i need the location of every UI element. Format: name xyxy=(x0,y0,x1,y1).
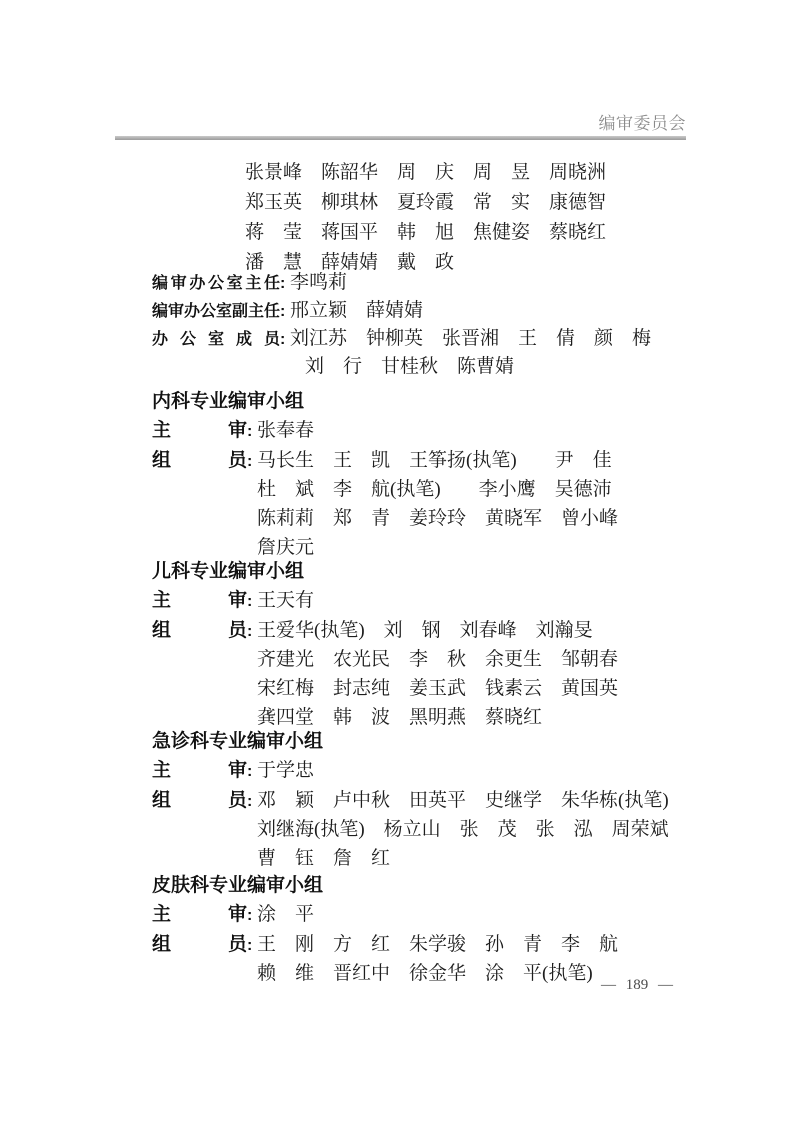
name-list-line: 张景峰 陈韶华 周 庆 周 昱 周晓洲 xyxy=(245,158,606,188)
role-names: 刘江苏 钟柳英 张晋湘 王 倩 颜 梅 xyxy=(290,325,651,353)
role-label: 主审 xyxy=(152,900,247,929)
member-line: 龚四堂 韩 波 黑明燕 蔡晓红 xyxy=(257,703,618,732)
colon-separator: : xyxy=(247,447,257,476)
colon-separator: : xyxy=(247,417,257,446)
header-divider-rule xyxy=(115,136,686,140)
role-label: 主审 xyxy=(152,756,247,785)
office-role-row-continuation: 刘 行 甘桂秋 陈曹婧 xyxy=(152,353,651,381)
member-line: 曹 钰 詹 红 xyxy=(257,844,669,873)
continued-name-list: 张景峰 陈韶华 周 庆 周 昱 周晓洲 郑玉英 柳琪林 夏玲霞 常 实 康德智 … xyxy=(245,158,606,278)
page-number: — 189 — xyxy=(596,977,678,994)
member-line: 马长生 王 凯 王筝扬(执笔) 尹 佳 xyxy=(257,446,618,475)
chief-name: 涂 平 xyxy=(257,900,314,929)
member-name-lines: 邓 颖 卢中秋 田英平 史继学 朱华栋(执笔) 刘继海(执笔) 杨立山 张 茂 … xyxy=(257,786,669,873)
role-label: 组员 xyxy=(152,930,247,959)
member-line: 杜 斌 李 航(执笔) 李小鹰 吴德沛 xyxy=(257,475,618,504)
role-label: 主审 xyxy=(152,416,247,445)
name-list-line: 郑玉英 柳琪林 夏玲霞 常 实 康德智 xyxy=(245,188,606,218)
chief-reviewer-row: 主审:张奉春 xyxy=(152,416,618,446)
colon-separator: : xyxy=(280,270,290,298)
member-line: 宋红梅 封志纯 姜玉武 钱素云 黄国英 xyxy=(257,674,618,703)
section-dermatology: 皮肤科专业编审小组 主审:涂 平 组员: 王 刚 方 红 朱学骏 孙 青 李 航… xyxy=(152,874,618,988)
role-label: 办公室成员 xyxy=(152,326,280,354)
colon-separator: : xyxy=(247,617,257,646)
colon-separator: : xyxy=(280,326,290,354)
office-role-row: 办公室成员:刘江苏 钟柳英 张晋湘 王 倩 颜 梅 xyxy=(152,325,651,353)
section-emergency: 急诊科专业编审小组 主审:于学忠 组员: 邓 颖 卢中秋 田英平 史继学 朱华栋… xyxy=(152,730,669,873)
section-title: 急诊科专业编审小组 xyxy=(152,730,669,754)
document-page: 编审委员会 张景峰 陈韶华 周 庆 周 昱 周晓洲 郑玉英 柳琪林 夏玲霞 常 … xyxy=(0,0,800,1131)
section-title: 儿科专业编审小组 xyxy=(152,560,618,584)
role-label: 编审办公室主任 xyxy=(152,270,280,298)
members-row: 组员: 王爱华(执笔) 刘 钢 刘春峰 刘瀚旻 齐建光 农光民 李 秋 余更生 … xyxy=(152,616,618,732)
members-row: 组员: 邓 颖 卢中秋 田英平 史继学 朱华栋(执笔) 刘继海(执笔) 杨立山 … xyxy=(152,786,669,873)
section-body: 主审:涂 平 组员: 王 刚 方 红 朱学骏 孙 青 李 航 赖 维 晋红中 徐… xyxy=(152,900,618,988)
member-line: 赖 维 晋红中 徐金华 涂 平(执笔) xyxy=(257,959,618,988)
role-label: 编审办公室副主任 xyxy=(152,298,280,326)
member-line: 王爱华(执笔) 刘 钢 刘春峰 刘瀚旻 xyxy=(257,616,618,645)
chief-name: 王天有 xyxy=(257,586,314,615)
role-names: 邢立颖 薛婧婧 xyxy=(290,297,423,325)
member-line: 邓 颖 卢中秋 田英平 史继学 朱华栋(执笔) xyxy=(257,786,669,815)
chief-reviewer-row: 主审:涂 平 xyxy=(152,900,618,930)
editorial-office-block: 编审办公室主任:李鸣莉 编审办公室副主任:邢立颖 薛婧婧 办公室成员:刘江苏 钟… xyxy=(152,269,651,381)
chief-name: 于学忠 xyxy=(257,756,314,785)
role-names: 李鸣莉 xyxy=(290,269,347,297)
section-pediatrics: 儿科专业编审小组 主审:王天有 组员: 王爱华(执笔) 刘 钢 刘春峰 刘瀚旻 … xyxy=(152,560,618,732)
member-line: 齐建光 农光民 李 秋 余更生 邹朝春 xyxy=(257,645,618,674)
role-label: 组员 xyxy=(152,616,247,645)
section-title: 内科专业编审小组 xyxy=(152,390,618,414)
member-line: 詹庆元 xyxy=(257,533,618,562)
colon-separator: : xyxy=(247,587,257,616)
colon-separator: : xyxy=(247,901,257,930)
office-role-row: 编审办公室副主任:邢立颖 薛婧婧 xyxy=(152,297,651,325)
role-label: 组员 xyxy=(152,446,247,475)
section-body: 主审:于学忠 组员: 邓 颖 卢中秋 田英平 史继学 朱华栋(执笔) 刘继海(执… xyxy=(152,756,669,873)
member-name-lines: 王爱华(执笔) 刘 钢 刘春峰 刘瀚旻 齐建光 农光民 李 秋 余更生 邹朝春 … xyxy=(257,616,618,732)
chief-reviewer-row: 主审:于学忠 xyxy=(152,756,669,786)
section-internal-medicine: 内科专业编审小组 主审:张奉春 组员: 马长生 王 凯 王筝扬(执笔) 尹 佳 … xyxy=(152,390,618,562)
member-line: 陈莉莉 郑 青 姜玲玲 黄晓军 曾小峰 xyxy=(257,504,618,533)
section-title: 皮肤科专业编审小组 xyxy=(152,874,618,898)
running-header: 编审委员会 xyxy=(599,109,687,134)
role-label: 组员 xyxy=(152,786,247,815)
section-body: 主审:王天有 组员: 王爱华(执笔) 刘 钢 刘春峰 刘瀚旻 齐建光 农光民 李… xyxy=(152,586,618,732)
section-body: 主审:张奉春 组员: 马长生 王 凯 王筝扬(执笔) 尹 佳 杜 斌 李 航(执… xyxy=(152,416,618,562)
office-role-row: 编审办公室主任:李鸣莉 xyxy=(152,269,651,297)
chief-reviewer-row: 主审:王天有 xyxy=(152,586,618,616)
chief-name: 张奉春 xyxy=(257,416,314,445)
name-list-line: 蒋 莹 蒋国平 韩 旭 焦健姿 蔡晓红 xyxy=(245,218,606,248)
members-row: 组员: 马长生 王 凯 王筝扬(执笔) 尹 佳 杜 斌 李 航(执笔) 李小鹰 … xyxy=(152,446,618,562)
member-name-lines: 王 刚 方 红 朱学骏 孙 青 李 航 赖 维 晋红中 徐金华 涂 平(执笔) xyxy=(257,930,618,988)
role-label: 主审 xyxy=(152,586,247,615)
member-name-lines: 马长生 王 凯 王筝扬(执笔) 尹 佳 杜 斌 李 航(执笔) 李小鹰 吴德沛 … xyxy=(257,446,618,562)
member-line: 刘继海(执笔) 杨立山 张 茂 张 泓 周荣斌 xyxy=(257,815,669,844)
member-line: 王 刚 方 红 朱学骏 孙 青 李 航 xyxy=(257,930,618,959)
members-row: 组员: 王 刚 方 红 朱学骏 孙 青 李 航 赖 维 晋红中 徐金华 涂 平(… xyxy=(152,930,618,988)
colon-separator: : xyxy=(247,931,257,960)
colon-separator: : xyxy=(280,298,290,326)
colon-separator: : xyxy=(247,787,257,816)
role-names: 刘 行 甘桂秋 陈曹婧 xyxy=(305,353,514,381)
colon-separator: : xyxy=(247,757,257,786)
